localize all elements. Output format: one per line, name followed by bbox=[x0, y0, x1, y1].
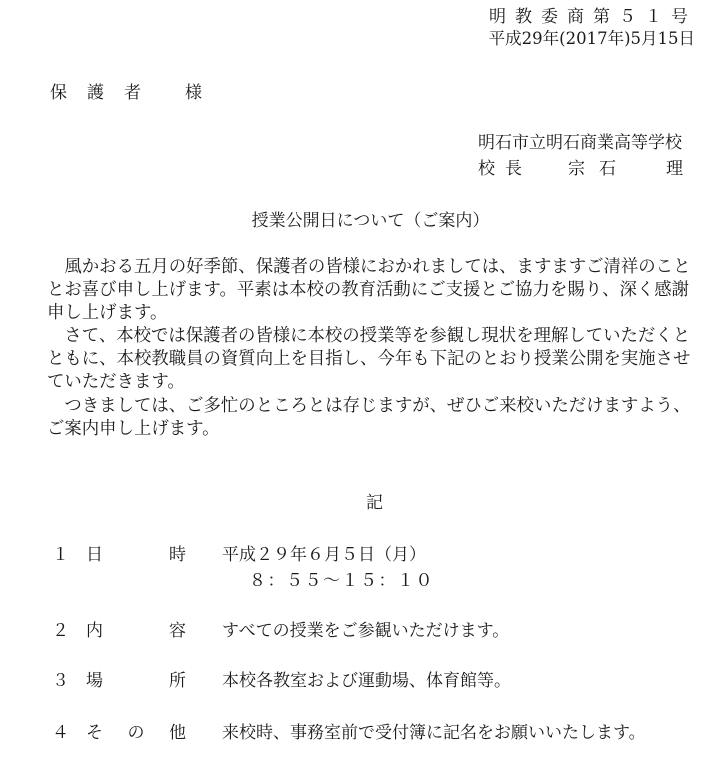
body-paragraph: さて、本校では保護者の皆様に本校の授業等を参観し現状を理解していただくとともに、… bbox=[47, 325, 697, 394]
item-label-char: の bbox=[128, 718, 145, 743]
item-value: すべての授業をご参観いただけます。 bbox=[222, 616, 509, 641]
item-label: 日 時 bbox=[86, 540, 186, 565]
addressee-char: 者 bbox=[124, 78, 141, 103]
sender-name-char: 理 bbox=[666, 154, 683, 179]
ki-heading: 記 bbox=[0, 488, 719, 513]
body-text: 風かおる五月の好季節、保護者の皆様におかれましては、ますますご清祥のこととお喜び… bbox=[47, 256, 697, 441]
addressee-char: 保 bbox=[50, 78, 67, 103]
item-label: そ の 他 bbox=[86, 718, 186, 743]
item-label-char: 時 bbox=[169, 540, 186, 565]
item-date-time: １ 日 時 平成２９年６月５日（月） bbox=[52, 540, 426, 565]
item-label-char: 所 bbox=[169, 666, 186, 691]
document-title: 授業公開日について（ご案内） bbox=[0, 206, 719, 231]
item-label: 内 容 bbox=[86, 616, 186, 641]
item-number: ４ bbox=[52, 718, 86, 743]
sender-school: 明石市立明石商業高等学校 bbox=[478, 128, 682, 153]
sender-principal: 校 長 宗 石 理 bbox=[478, 154, 683, 179]
sender-name-char: 宗 bbox=[568, 154, 585, 179]
document-date: 平成29年(2017年)5月15日 bbox=[489, 25, 695, 49]
item-label-char: 容 bbox=[169, 616, 186, 641]
item-value: 平成２９年６月５日（月） bbox=[222, 540, 426, 565]
item-label: 場 所 bbox=[86, 666, 186, 691]
item-place: ３ 場 所 本校各教室および運動場、体育館等。 bbox=[52, 666, 511, 691]
item-label-char: 日 bbox=[86, 540, 103, 565]
item-other: ４ そ の 他 来校時、事務室前で受付簿に記名をお願いいたします。 bbox=[52, 718, 646, 743]
sender-title-char: 校 bbox=[478, 154, 495, 179]
addressee-char: 護 bbox=[87, 78, 104, 103]
item-content: ２ 内 容 すべての授業をご参観いただけます。 bbox=[52, 616, 509, 641]
sender-name-char: 石 bbox=[599, 154, 616, 179]
item-number: ３ bbox=[52, 666, 86, 691]
addressee: 保 護 者 様 bbox=[50, 78, 202, 103]
item-label-char: 場 bbox=[86, 666, 103, 691]
item-label-char: そ bbox=[86, 718, 103, 743]
item-number: １ bbox=[52, 540, 86, 565]
addressee-honorific: 様 bbox=[185, 78, 202, 103]
body-paragraph: つきましては、ご多忙のところとは存じますが、ぜひご来校いただけますよう、ご案内申… bbox=[47, 395, 697, 441]
item-value: 来校時、事務室前で受付簿に記名をお願いいたします。 bbox=[222, 718, 646, 743]
item-label-char: 他 bbox=[169, 718, 186, 743]
item-number: ２ bbox=[52, 616, 86, 641]
item-value: 本校各教室および運動場、体育館等。 bbox=[222, 666, 511, 691]
item-time-range: ８：５５～１５：１０ bbox=[249, 566, 434, 591]
document-number: 明教委商第５１号 bbox=[489, 2, 697, 27]
sender-title-char: 長 bbox=[505, 154, 522, 179]
item-label-char: 内 bbox=[86, 616, 103, 641]
body-paragraph: 風かおる五月の好季節、保護者の皆様におかれましては、ますますご清祥のこととお喜び… bbox=[47, 256, 697, 325]
